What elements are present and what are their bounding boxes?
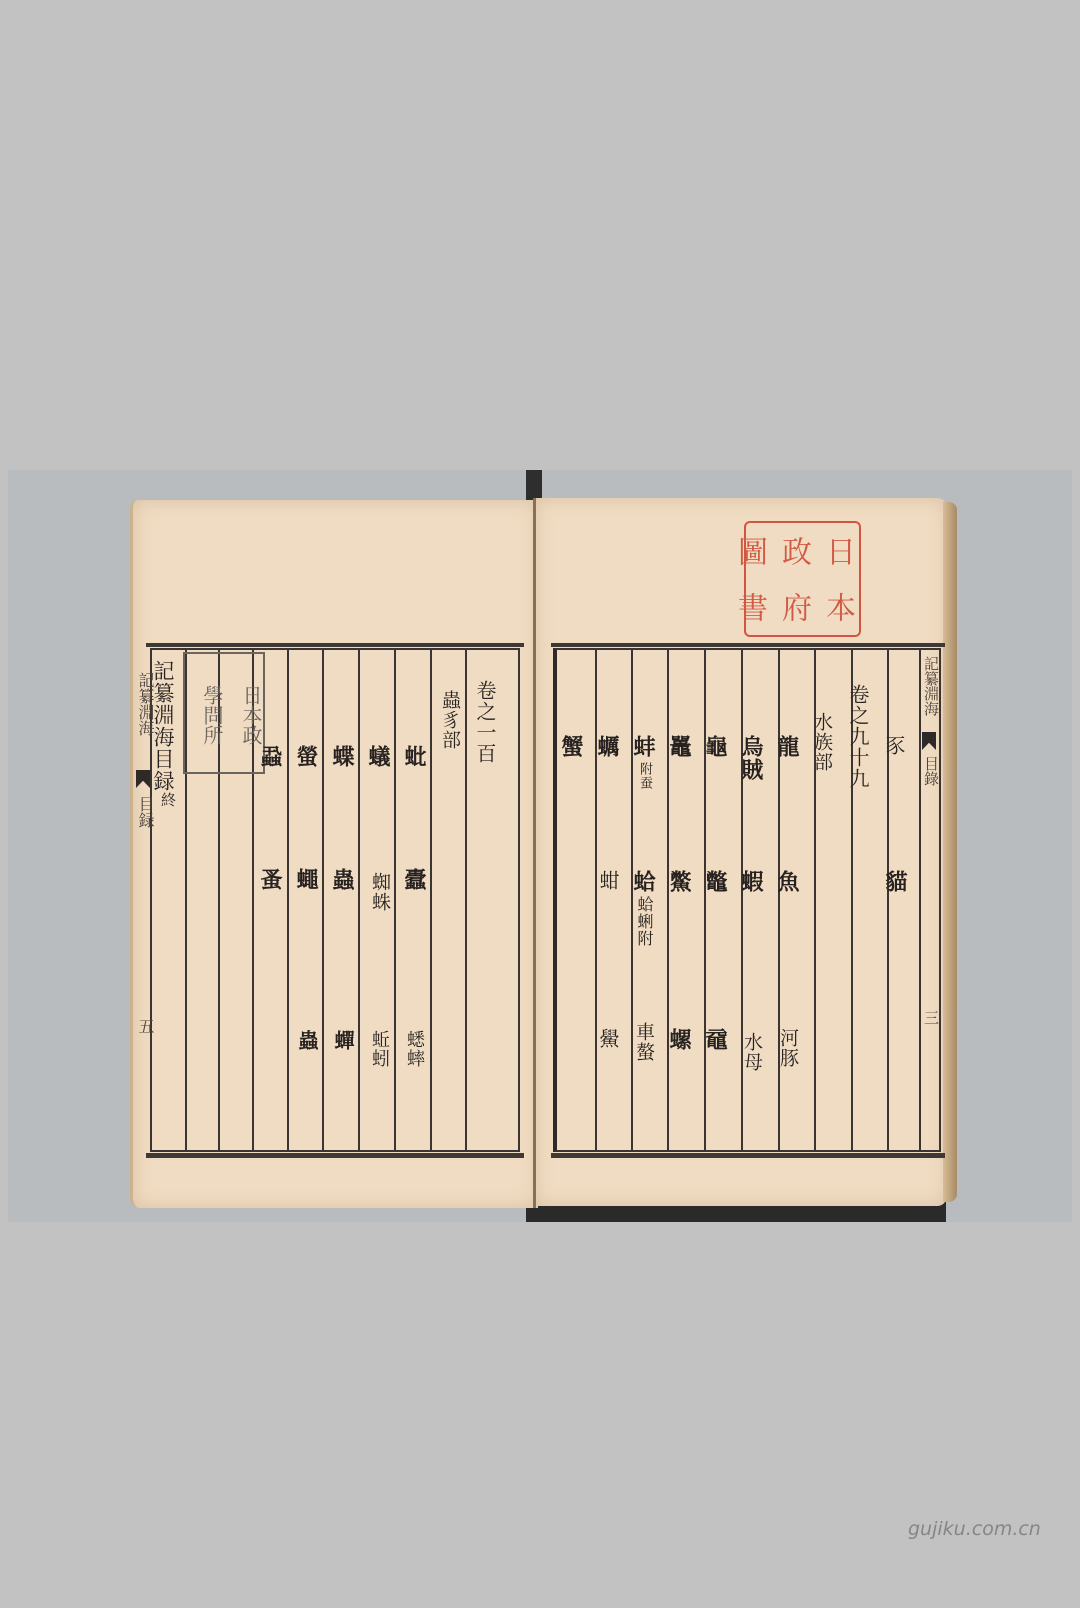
toc-entry: 蟲 bbox=[297, 1030, 317, 1051]
red-library-seal: 日 本 政 府 圖 書 bbox=[744, 521, 861, 637]
toc-entry: 蟋蟀 bbox=[405, 1030, 423, 1068]
toc-entry: 鱟 bbox=[598, 1028, 618, 1049]
column-rule bbox=[430, 650, 432, 1150]
toc-entry: 蚤 bbox=[259, 868, 281, 891]
toc-entry: 蜘蛛 bbox=[370, 872, 389, 912]
toc-entry: 蝦 bbox=[740, 870, 762, 893]
toc-entry: 蚶 bbox=[598, 870, 618, 891]
toc-entry: 蚍 bbox=[403, 745, 425, 768]
spine-shadow bbox=[526, 470, 542, 500]
toc-entry: 蚯蚓 bbox=[370, 1030, 388, 1068]
toc-entry: 鱉 bbox=[668, 870, 690, 893]
column-rule bbox=[919, 650, 921, 1150]
toc-entry: 黿 bbox=[704, 1028, 726, 1051]
toc-entry: 蚌 bbox=[632, 735, 654, 758]
book-gutter bbox=[533, 498, 536, 1208]
left-page-number: 五 bbox=[134, 1018, 157, 1034]
category-heading: 水族部 bbox=[812, 712, 831, 772]
column-rule bbox=[465, 650, 467, 1150]
toc-entry: 蠹 bbox=[403, 868, 425, 891]
volume-heading: 卷之九十九 bbox=[848, 684, 868, 789]
grey-library-seal: 日本政 學問所 bbox=[183, 652, 265, 774]
toc-entry: 水母 bbox=[742, 1032, 761, 1072]
toc-entry: 蟲 bbox=[331, 868, 353, 891]
end-mark: 終 bbox=[160, 792, 175, 808]
column-rule bbox=[667, 650, 669, 1150]
right-band-section: 目錄 bbox=[921, 756, 942, 786]
left-band-section: 目録 bbox=[134, 796, 157, 828]
seal-column: 學問所 bbox=[185, 654, 224, 772]
column-rule bbox=[778, 650, 780, 1150]
toc-entry: 貓 bbox=[884, 870, 906, 893]
toc-note: 附蚕 bbox=[638, 762, 651, 790]
end-title: 記纂淵海目録 bbox=[152, 660, 173, 792]
toc-entry: 車螯 bbox=[634, 1022, 653, 1062]
toc-entry: 豕 bbox=[884, 735, 904, 756]
volume-heading: 卷之一百 bbox=[475, 680, 495, 764]
toc-note: 蛤蜊附 bbox=[636, 896, 652, 947]
toc-entry: 蛤 bbox=[632, 870, 654, 893]
toc-entry: 蠅 bbox=[295, 868, 317, 891]
right-band-title: 記纂淵海 bbox=[921, 656, 942, 716]
category-heading: 蟲豸部 bbox=[440, 690, 459, 750]
page-edge bbox=[943, 502, 957, 1202]
watermark: gujiku.com.cn bbox=[908, 1518, 1041, 1540]
toc-entry: 鼈 bbox=[704, 870, 726, 893]
column-rule bbox=[394, 650, 396, 1150]
column-rule bbox=[595, 650, 597, 1150]
right-page-number: 三 bbox=[921, 1010, 942, 1025]
column-rule bbox=[322, 650, 324, 1150]
column-rule bbox=[358, 650, 360, 1150]
toc-entry: 螺 bbox=[668, 1028, 690, 1051]
toc-entry: 蟬 bbox=[333, 1030, 353, 1051]
toc-entry: 鼉 bbox=[668, 735, 690, 758]
toc-entry: 蝨 bbox=[259, 745, 281, 768]
toc-entry: 河豚 bbox=[778, 1028, 797, 1068]
column-rule bbox=[741, 650, 743, 1150]
right-page-frame bbox=[553, 648, 941, 1152]
toc-entry: 蝶 bbox=[331, 745, 353, 768]
toc-entry: 龜 bbox=[704, 735, 726, 758]
toc-entry: 蠣 bbox=[596, 735, 618, 758]
column-rule bbox=[287, 650, 289, 1150]
toc-entry: 烏賊 bbox=[740, 735, 762, 781]
toc-entry: 螢 bbox=[295, 745, 317, 768]
column-rule bbox=[631, 650, 633, 1150]
toc-entry: 龍 bbox=[776, 735, 798, 758]
column-rule bbox=[704, 650, 706, 1150]
toc-entry: 魚 bbox=[776, 870, 798, 893]
toc-entry: 蟻 bbox=[367, 745, 389, 768]
column-rule bbox=[887, 650, 889, 1150]
toc-entry: 蟹 bbox=[560, 735, 582, 758]
